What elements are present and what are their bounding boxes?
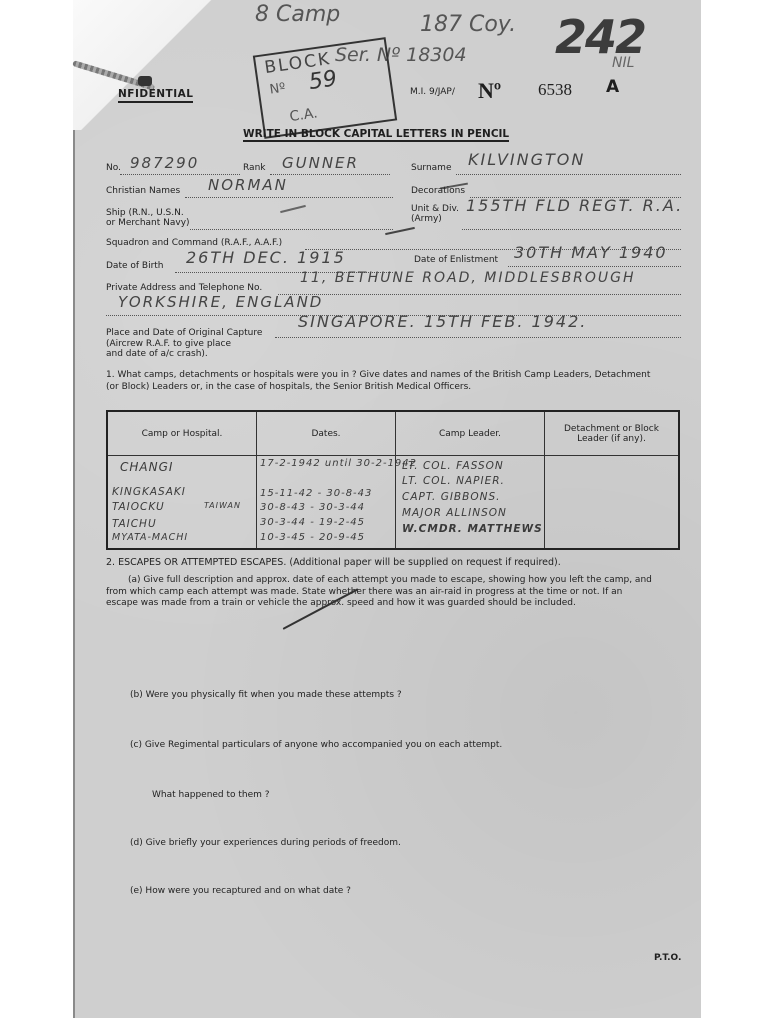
camp-group-taiwan: TAIWAN (204, 501, 241, 510)
dob-label: Date of Birth (106, 261, 164, 271)
address-line1-field[interactable]: 11, BETHUNE ROAD, MIDDLESBROUGH (300, 270, 636, 286)
camps-table-header: Camp or Hospital. Dates. Camp Leader. De… (107, 411, 679, 456)
stamp-number: 59 (307, 66, 338, 95)
unit-label-line2: (Army) (411, 214, 459, 224)
camp-2: TAIOCKU (112, 501, 165, 513)
leader-0: LT. COL. FASSON (402, 460, 504, 472)
dates-0: 17-2-1942 until 30-2-1942 (260, 458, 417, 469)
rank-label: Rank (243, 163, 266, 173)
ship-label-line2: or Merchant Navy) (106, 218, 190, 228)
leader-4: W.CMDR. MATTHEWS (402, 523, 543, 535)
instruction-heading: WRITE IN BLOCK CAPITAL LETTERS IN PENCIL (243, 128, 509, 142)
capture-line (275, 337, 681, 338)
service-number-field[interactable]: 987290 (130, 154, 199, 172)
company-note: 187 Coy. (420, 12, 516, 37)
leader-2: CAPT. GIBBONS. (402, 491, 500, 503)
decorations-label: Decorations (411, 186, 465, 196)
nil-note: NIL (612, 55, 634, 71)
surname-line (456, 174, 681, 175)
no-line (120, 174, 240, 175)
serial-number: 6538 (538, 80, 572, 100)
section2-title: 2. ESCAPES OR ATTEMPTED ESCAPES. (Additi… (106, 557, 561, 569)
header-dates: Dates. (257, 411, 396, 456)
number-symbol: Nº (478, 78, 501, 104)
capture-label-line2: (Aircrew R.A.F. to give place (106, 339, 262, 350)
capture-field[interactable]: SINGAPORE. 15TH FEB. 1942. (298, 312, 587, 331)
section1-question-line1: 1. What camps, detachments or hospitals … (106, 370, 650, 382)
camp-4: MYATA-MACHI (112, 532, 188, 543)
dates-column[interactable]: 17-2-1942 until 30-2-1942 15-11-42 - 30-… (257, 456, 396, 550)
ship-label: Ship (R.N., U.S.N. or Merchant Navy) (106, 208, 190, 228)
enlistment-label: Date of Enlistment (414, 255, 498, 265)
question-a-line2: from which camp each attempt was made. S… (106, 587, 652, 599)
address-label: Private Address and Telephone No. (106, 283, 262, 293)
camp-leader-column[interactable]: LT. COL. FASSON LT. COL. NAPIER. CAPT. G… (396, 456, 545, 550)
dates-1: 15-11-42 - 30-8-43 (260, 488, 372, 499)
dates-2: 30-8-43 - 30-3-44 (260, 502, 365, 513)
series-letter: A (606, 77, 619, 97)
header-camp: Camp or Hospital. (107, 411, 257, 456)
ship-line (190, 229, 393, 230)
rank-line (270, 174, 390, 175)
no-label: No. (106, 163, 121, 173)
dates-3: 30-3-44 - 19-2-45 (260, 517, 365, 528)
folded-corner (73, 0, 218, 130)
form-reference: M.I. 9/JAP/ (410, 87, 455, 97)
pto-label: P.T.O. (654, 953, 681, 963)
squadron-label: Squadron and Command (R.A.F., A.A.F.) (106, 238, 282, 248)
question-a-line3: escape was made from a train or vehicle … (106, 598, 652, 610)
christian-names-label: Christian Names (106, 186, 180, 196)
question-a-line1: (a) Give full description and approx. da… (106, 575, 652, 587)
surname-field[interactable]: KILVINGTON (468, 150, 585, 169)
dates-4: 10-3-45 - 20-9-45 (260, 532, 365, 543)
unit-line (462, 229, 681, 230)
detachment-leader-column[interactable] (545, 456, 680, 550)
unit-label-line1: Unit & Div. (411, 204, 459, 214)
question-d: (d) Give briefly your experiences during… (130, 838, 401, 850)
capture-label-line1: Place and Date of Original Capture (106, 328, 262, 339)
section1-question-line2: (or Block) Leaders or, in the case of ho… (106, 382, 650, 394)
unit-field[interactable]: 155TH FLD REGT. R.A. (466, 196, 683, 215)
camps-table: Camp or Hospital. Dates. Camp Leader. De… (106, 410, 680, 550)
dob-field[interactable]: 26TH DEC. 1915 (186, 248, 346, 267)
confidential-label: NFIDENTIAL (118, 88, 193, 103)
enlistment-line (508, 266, 681, 267)
question-c: (c) Give Regimental particulars of anyon… (130, 740, 502, 752)
question-e: (e) How were you recaptured and on what … (130, 886, 351, 898)
leader-1: LT. COL. NAPIER. (402, 475, 505, 487)
rank-field[interactable]: GUNNER (282, 154, 359, 172)
stamp-ca-text: C.A. (289, 105, 319, 125)
header-camp-leader: Camp Leader. (396, 411, 545, 456)
camp-column[interactable]: CHANGI KINGKASAKI TAIOCKU TAIWAN TAICHU … (107, 456, 257, 550)
enlistment-field[interactable]: 30TH MAY 1940 (514, 243, 668, 262)
stamp-no-text: Nº (269, 81, 287, 98)
leader-3: MAJOR ALLINSON (402, 507, 507, 519)
camps-table-body: CHANGI KINGKASAKI TAIOCKU TAIWAN TAICHU … (107, 456, 679, 550)
capture-label: Place and Date of Original Capture (Airc… (106, 328, 262, 360)
christian-names-line (185, 197, 393, 198)
camp-3: TAICHU (112, 518, 157, 530)
section1-question: 1. What camps, detachments or hospitals … (106, 370, 650, 393)
tag-string-knot (138, 76, 152, 86)
question-b: (b) Were you physically fit when you mad… (130, 690, 402, 702)
unit-label: Unit & Div. (Army) (411, 204, 459, 224)
christian-names-field[interactable]: NORMAN (208, 176, 288, 194)
address-line1 (278, 294, 681, 295)
surname-label: Surname (411, 163, 451, 173)
question-c-followup: What happened to them ? (152, 790, 270, 802)
camp-note: 8 Camp (255, 2, 340, 27)
ship-label-line1: Ship (R.N., U.S.N. (106, 208, 190, 218)
address-line2-field[interactable]: YORKSHIRE, ENGLAND (118, 293, 323, 311)
header-detachment-leader: Detachment or Block Leader (if any). (545, 411, 680, 456)
camp-0: CHANGI (120, 460, 173, 474)
section2-question-a: (a) Give full description and approx. da… (106, 575, 652, 610)
capture-label-line3: and date of a/c crash). (106, 349, 262, 360)
camp-1: KINGKASAKI (112, 486, 186, 498)
